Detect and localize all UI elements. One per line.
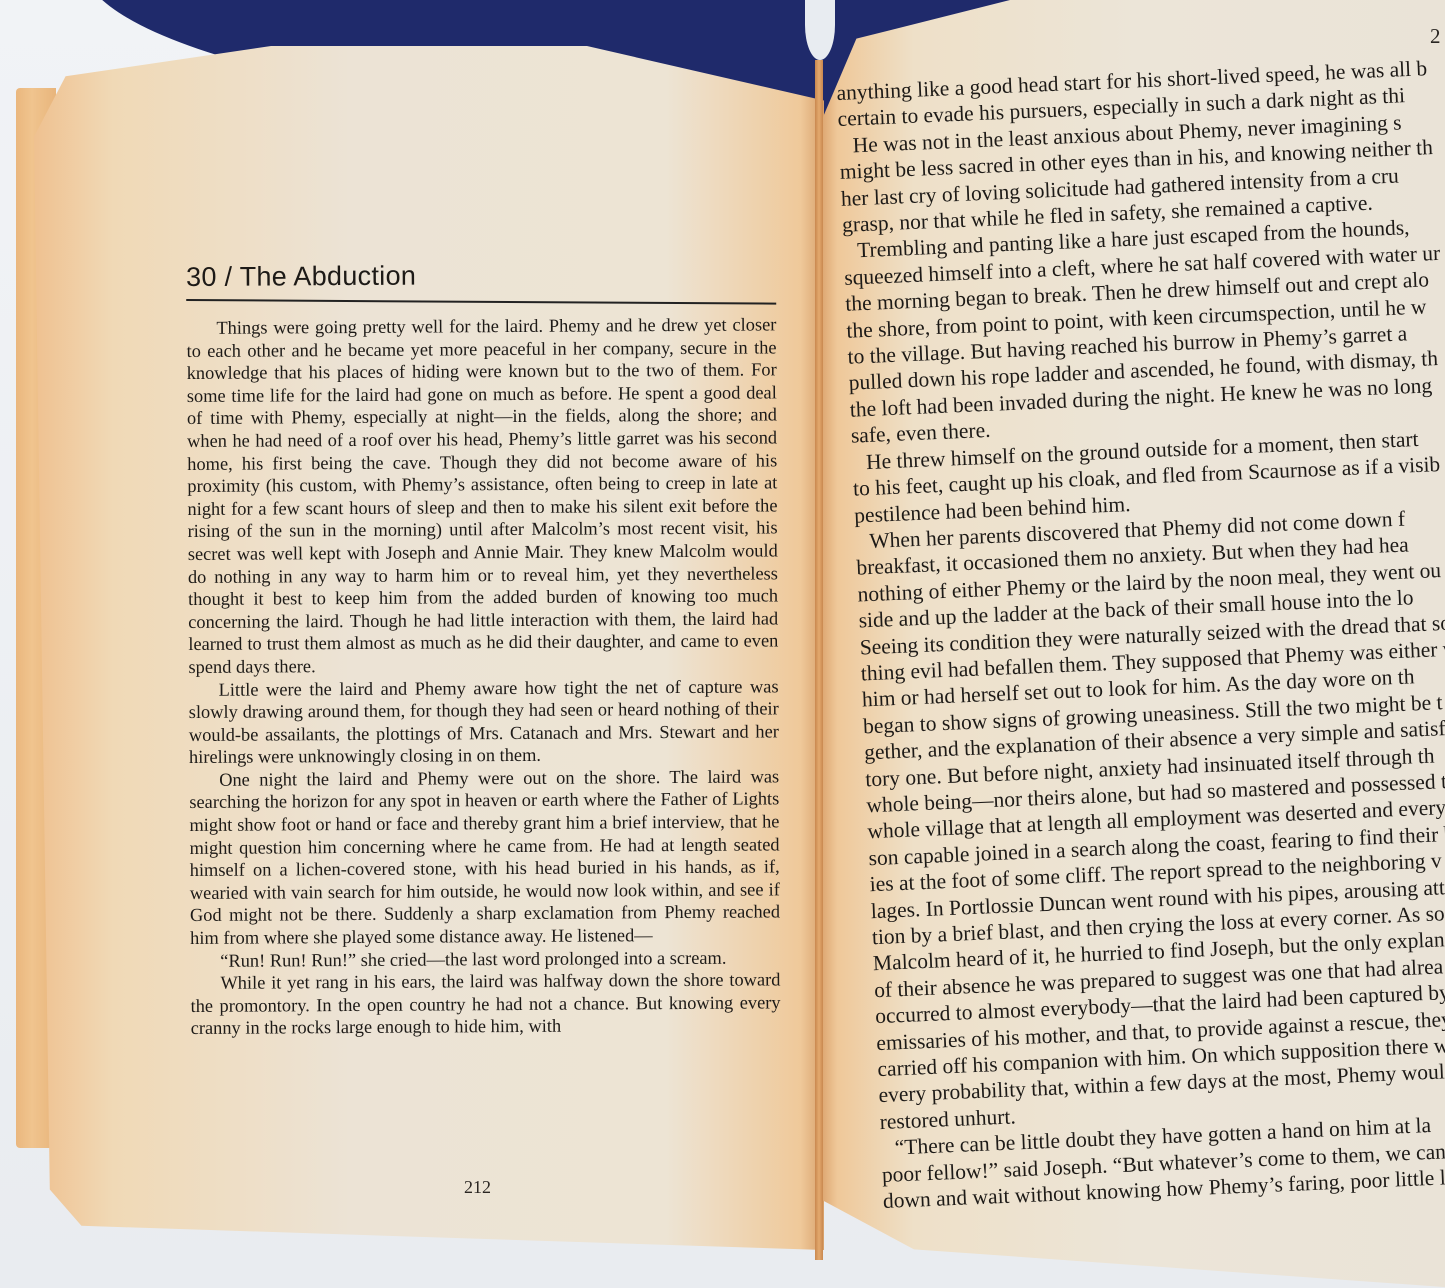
right-page-content: anything like a good head start for his … [836,52,1445,1214]
paragraph: Little were the laird and Phemy aware ho… [189,675,780,769]
left-page-body: Things were going pretty well for the la… [186,313,780,1040]
page-number-partial: 2 [1430,24,1441,49]
paragraph: One night the laird and Phemy were out o… [189,765,780,949]
chapter-heading: 30 / The Abduction [186,258,776,293]
paragraph: Things were going pretty well for the la… [186,313,778,678]
paragraph: While it yet rang in his ears, the laird… [190,969,780,1040]
left-page-content: 30 / The Abduction Things were going pre… [186,258,781,1040]
book-gutter [815,60,823,1260]
right-page-body: anything like a good head start for his … [836,52,1445,1214]
page-number: 212 [464,1177,491,1198]
chapter-rule-divider [186,299,776,305]
